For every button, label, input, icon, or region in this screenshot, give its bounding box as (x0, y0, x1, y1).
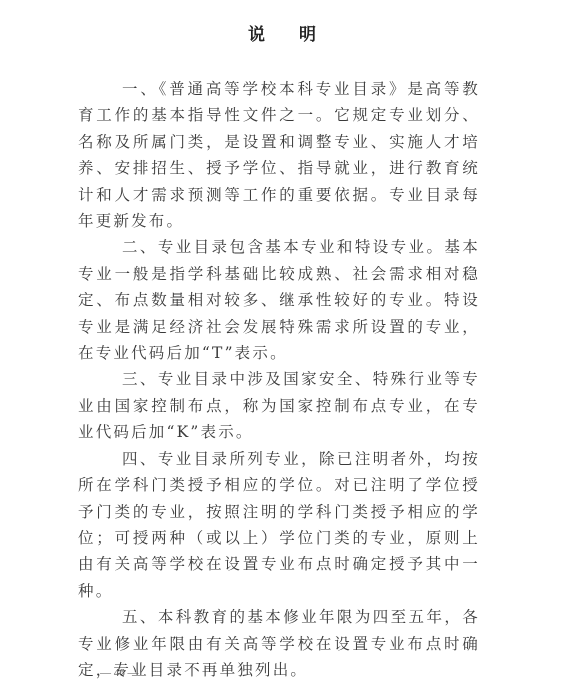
title-char-2: 明 (299, 25, 316, 45)
document-body: 一、《普通高等学校本科专业目录》是高等教育工作的基本指导性文件之一。它规定专业划… (78, 76, 480, 683)
paragraph-1: 一、《普通高等学校本科专业目录》是高等教育工作的基本指导性文件之一。它规定专业划… (78, 76, 480, 234)
document-title: 说明 (0, 20, 564, 45)
paragraph-3: 三、专业目录中涉及国家安全、特殊行业等专业由国家控制布点，称为国家控制布点专业，… (78, 366, 480, 445)
paragraph-4: 四、专业目录所列专业，除已注明者外，均按所在学科门类授予相应的学位。对已注明了学… (78, 446, 480, 604)
title-char-1: 说 (248, 25, 265, 45)
paragraph-2: 二、专业目录包含基本专业和特设专业。基本专业一般是指学科基础比较成熟、社会需求相… (78, 234, 480, 366)
page-number: — 46 — (100, 667, 139, 679)
